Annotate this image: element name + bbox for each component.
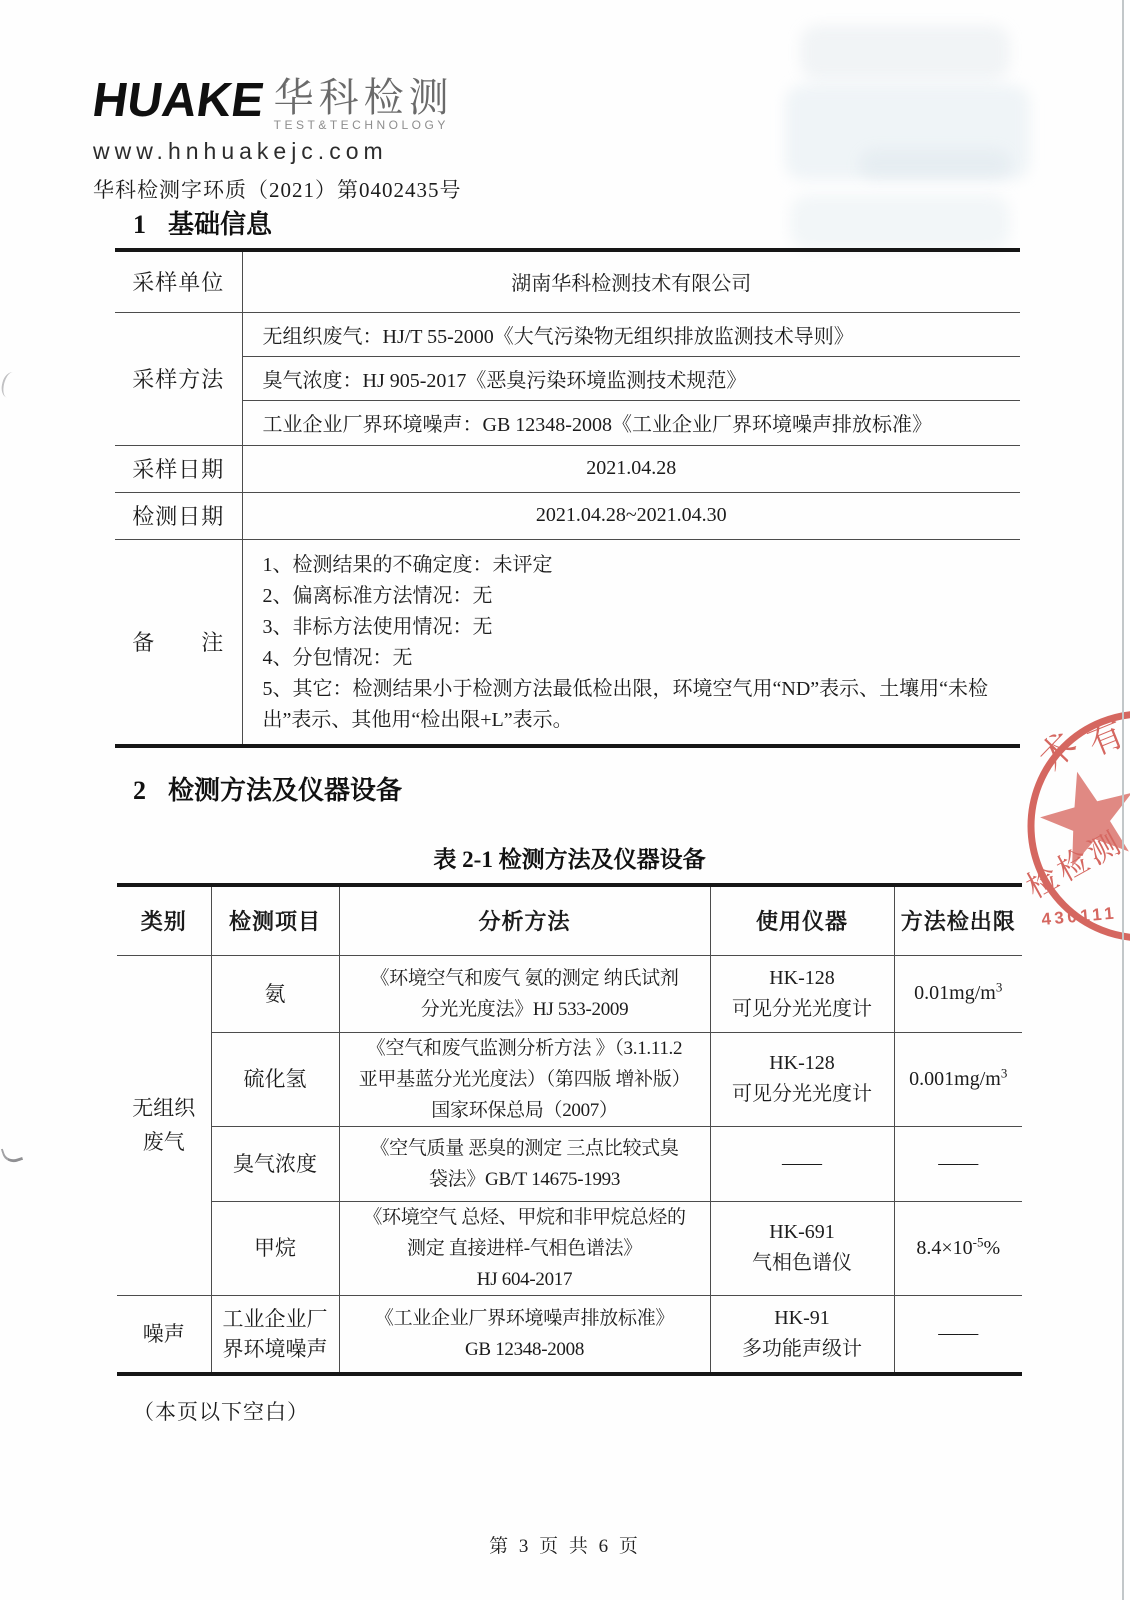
limit-value: 0.001mg/m xyxy=(909,1068,1001,1090)
category-line: 废气 xyxy=(123,1125,205,1159)
instrument-line: HK-128 xyxy=(717,1048,888,1079)
methods-table: 类别 检测项目 分析方法 使用仪器 方法检出限 无组织 废气 氨 《环境空气和废… xyxy=(117,883,1022,1376)
limit-cell: —— xyxy=(894,1126,1022,1201)
method-line: 《环境空气 总烃、甲烷和非甲烷总烃的 xyxy=(346,1202,704,1233)
limit-cell: 0.001mg/m3 xyxy=(894,1032,1022,1126)
test-date-value: 2021.04.28~2021.04.30 xyxy=(242,492,1020,539)
method-line: 《空气质量 恶臭的测定 三点比较式臭 xyxy=(346,1133,704,1164)
section2-number: 2 xyxy=(133,776,146,806)
table2-caption: 表 2-1 检测方法及仪器设备 xyxy=(117,841,1022,874)
limit-cell: —— xyxy=(894,1295,1022,1374)
remark-item: 2、偏离标准方法情况：无 xyxy=(263,581,1001,612)
instrument-cell: —— xyxy=(710,1126,894,1201)
limit-cell: 8.4×10-5% xyxy=(894,1201,1022,1295)
company-website: www.hnhuakejc.com xyxy=(93,138,462,165)
col-header-item: 检测项目 xyxy=(211,885,339,955)
method-cell: 《空气和废气监测分析方法 》（3.1.11.2 亚甲基蓝分光光度法）（第四版 增… xyxy=(339,1032,710,1126)
instrument-line: 可见分光光度计 xyxy=(717,994,888,1025)
method-line: 《空气和废气监测分析方法 》（3.1.11.2 xyxy=(346,1033,704,1064)
item-factory-boundary-noise: 工业企业厂界环境噪声 xyxy=(211,1295,339,1374)
method-line: GB 12348-2008 xyxy=(346,1334,704,1365)
instrument-cell: HK-128 可见分光光度计 xyxy=(710,955,894,1032)
method-line: 亚甲基蓝分光光度法）（第四版 增补版） xyxy=(346,1064,704,1095)
category-line: 无组织 xyxy=(123,1091,205,1125)
document-number: 华科检测字环质（2021）第0402435号 xyxy=(93,174,462,204)
method-line: 袋法》GB/T 14675-1993 xyxy=(346,1164,704,1195)
limit-value: —— xyxy=(938,1322,978,1344)
method-cell: 《空气质量 恶臭的测定 三点比较式臭 袋法》GB/T 14675-1993 xyxy=(339,1126,710,1201)
item-ammonia: 氨 xyxy=(211,955,339,1032)
col-header-limit: 方法检出限 xyxy=(894,885,1022,955)
section1-heading: 1基础信息 xyxy=(133,204,272,241)
method-cell: 《工业企业厂界环境噪声排放标准》 GB 12348-2008 xyxy=(339,1295,710,1374)
limit-value: 0.01mg/m xyxy=(914,982,996,1004)
instrument-cell: HK-91 多功能声级计 xyxy=(710,1295,894,1374)
category-fugitive-gas: 无组织 废气 xyxy=(117,955,211,1295)
method-line: 《环境空气和废气 氨的测定 纳氏试剂 xyxy=(346,963,704,994)
scan-ghost xyxy=(790,195,1010,250)
sampling-method-2: 臭气浓度：HJ 905-2017《恶臭污染环境监测技术规范》 xyxy=(242,356,1020,400)
logo-chinese-name: 华科检测 xyxy=(274,78,454,118)
instrument-cell: HK-128 可见分光光度计 xyxy=(710,1032,894,1126)
method-line: 国家环保总局（2007） xyxy=(346,1095,704,1126)
instrument-line: HK-128 xyxy=(717,963,888,994)
remark-cell: 1、检测结果的不确定度：未评定 2、偏离标准方法情况：无 3、非标方法使用情况：… xyxy=(242,539,1020,746)
sampling-method-1: 无组织废气：HJ/T 55-2000《大气污染物无组织排放监测技术导则》 xyxy=(242,312,1020,356)
category-line: 噪声 xyxy=(123,1317,205,1351)
sampling-date-value: 2021.04.28 xyxy=(242,445,1020,492)
category-noise: 噪声 xyxy=(117,1295,211,1374)
logo-subtitle: TEST&TECHNOLOGY xyxy=(274,118,454,132)
method-cell: 《环境空气 总烃、甲烷和非甲烷总烃的 测定 直接进样-气相色谱法》 HJ 604… xyxy=(339,1201,710,1295)
item-odor-concentration: 臭气浓度 xyxy=(211,1126,339,1201)
scan-mark xyxy=(1,1144,23,1166)
company-seal-stamp: 术 有 检检测 430111 xyxy=(1018,686,1130,956)
scan-edge-shadow xyxy=(1122,0,1124,1600)
instrument-line: HK-691 xyxy=(717,1217,888,1248)
logo-wordmark: HUAKE xyxy=(90,78,267,124)
basic-info-table: 采样单位 湖南华科检测技术有限公司 采样方法 无组织废气：HJ/T 55-200… xyxy=(115,248,1020,748)
remark-item: 4、分包情况：无 xyxy=(263,643,1001,674)
instrument-line: 可见分光光度计 xyxy=(717,1079,888,1110)
test-date-label: 检测日期 xyxy=(115,492,242,539)
page-number-footer: 第 3 页 共 6 页 xyxy=(0,1531,1130,1558)
limit-superscript: 3 xyxy=(996,979,1003,994)
instrument-line: HK-91 xyxy=(717,1303,888,1334)
col-header-method: 分析方法 xyxy=(339,885,710,955)
limit-superscript: 3 xyxy=(1001,1065,1008,1080)
sampling-date-label: 采样日期 xyxy=(115,445,242,492)
instrument-line: 气相色谱仪 xyxy=(717,1248,888,1279)
instrument-line: —— xyxy=(717,1148,888,1179)
remark-item: 5、其它：检测结果小于检测方法最低检出限，环境空气用“ND”表示、土壤用“未检出… xyxy=(263,674,1001,736)
limit-tail: % xyxy=(983,1237,1000,1259)
item-hydrogen-sulfide: 硫化氢 xyxy=(211,1032,339,1126)
sampling-unit-value: 湖南华科检测技术有限公司 xyxy=(242,250,1020,312)
remark-item: 1、检测结果的不确定度：未评定 xyxy=(263,550,1001,581)
section2-heading: 2检测方法及仪器设备 xyxy=(133,770,402,807)
section2-title: 检测方法及仪器设备 xyxy=(168,776,402,805)
scan-mark xyxy=(0,370,21,399)
scan-ghost xyxy=(860,150,1010,180)
sampling-method-label: 采样方法 xyxy=(115,312,242,445)
method-line: 《工业企业厂界环境噪声排放标准》 xyxy=(346,1303,704,1334)
blank-page-note: （本页以下空白） xyxy=(133,1396,309,1426)
method-cell: 《环境空气和废气 氨的测定 纳氏试剂 分光光度法》HJ 533-2009 xyxy=(339,955,710,1032)
limit-value: —— xyxy=(938,1152,978,1174)
method-line: HJ 604-2017 xyxy=(346,1264,704,1295)
col-header-instrument: 使用仪器 xyxy=(710,885,894,955)
sampling-unit-label: 采样单位 xyxy=(115,250,242,312)
company-logo: HUAKE 华科检测 TEST&TECHNOLOGY www.hnhuakejc… xyxy=(93,78,462,204)
instrument-cell: HK-691 气相色谱仪 xyxy=(710,1201,894,1295)
report-page: HUAKE 华科检测 TEST&TECHNOLOGY www.hnhuakejc… xyxy=(0,0,1130,1600)
section1-number: 1 xyxy=(133,210,146,240)
col-header-category: 类别 xyxy=(117,885,211,955)
instrument-line: 多功能声级计 xyxy=(717,1334,888,1365)
seal-digits: 430111 xyxy=(1041,903,1118,929)
sampling-method-3: 工业企业厂界环境噪声：GB 12348-2008《工业企业厂界环境噪声排放标准》 xyxy=(242,400,1020,445)
method-line: 测定 直接进样-气相色谱法》 xyxy=(346,1233,704,1264)
remark-label: 备 注 xyxy=(115,539,242,746)
limit-value: 8.4×10 xyxy=(916,1237,972,1259)
section1-title: 基础信息 xyxy=(168,210,272,239)
method-line: 分光光度法》HJ 533-2009 xyxy=(346,994,704,1025)
limit-cell: 0.01mg/m3 xyxy=(894,955,1022,1032)
limit-superscript: -5 xyxy=(973,1234,984,1249)
item-methane: 甲烷 xyxy=(211,1201,339,1295)
remark-item: 3、非标方法使用情况：无 xyxy=(263,612,1001,643)
scan-ghost xyxy=(800,25,1010,80)
scan-ghost xyxy=(785,85,1030,180)
